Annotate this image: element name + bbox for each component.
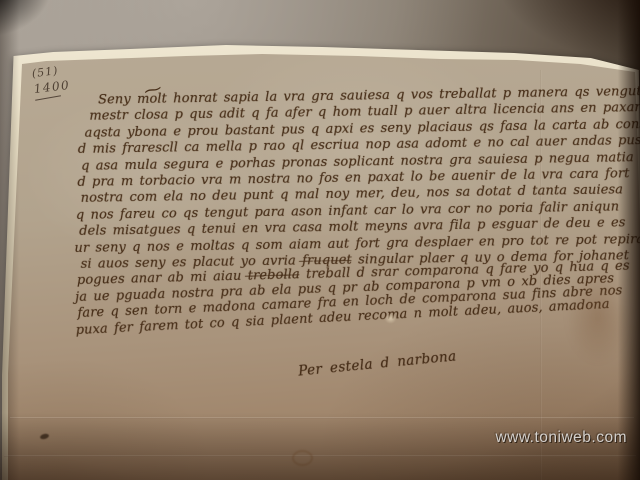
letter-text: Seny molt honrat sapia la vra gra sauies… [72,84,636,339]
archival-year: 1400 [33,78,71,97]
ring-stain [292,450,313,466]
watermark: www.toniweb.com [495,429,627,447]
archival-annotation: (51) 1400 [31,62,71,100]
ink-stain [566,268,630,364]
paper-repair-spot [383,312,398,325]
manuscript-photo: (51) 1400 ~ Seny molt honrat sapia la vr… [0,0,640,480]
